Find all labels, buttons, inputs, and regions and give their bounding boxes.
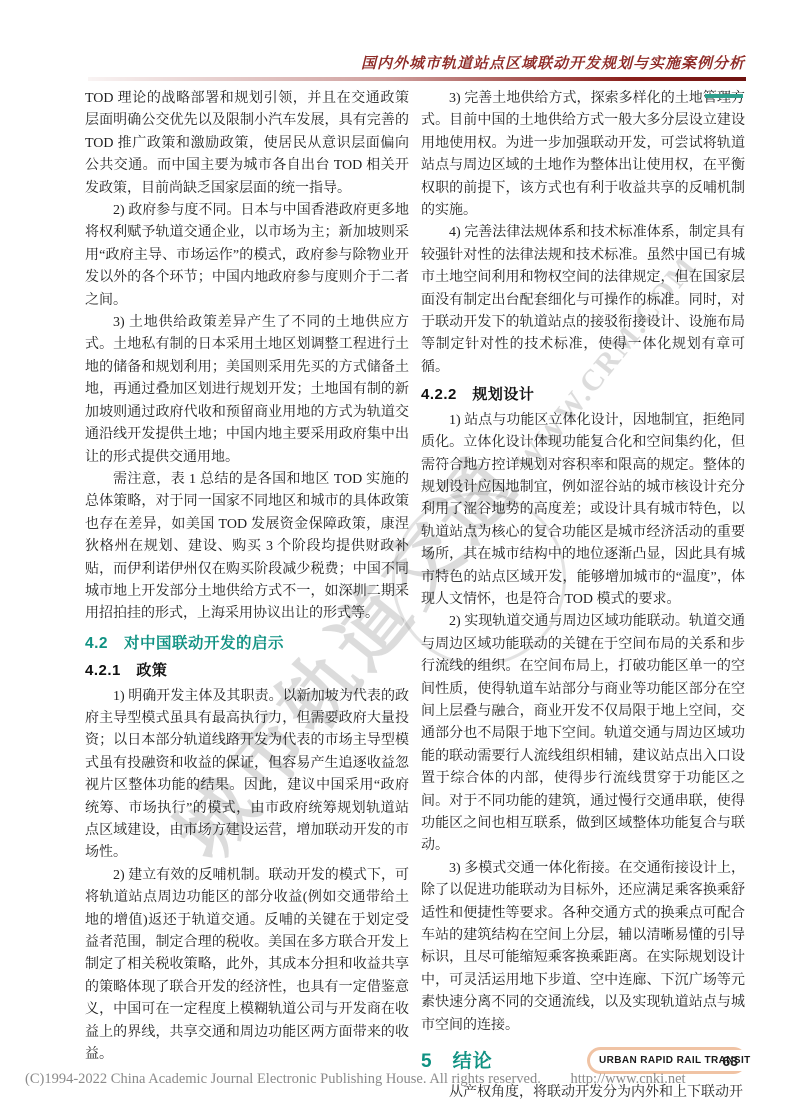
header-rule-line — [88, 77, 746, 81]
body-paragraph: 需注意，表 1 总结的是各国和地区 TOD 实施的总体策略，对于同一国家不同地区… — [85, 469, 409, 626]
copyright-text: (C)1994-2022 China Academic Journal Elec… — [25, 1071, 541, 1087]
header-accent-bar — [705, 94, 743, 98]
cnki-url: http://www.cnki.net — [571, 1071, 686, 1087]
subsection-heading-4-2-2: 4.2.2 规划设计 — [421, 384, 745, 406]
body-paragraph: 1) 站点与功能区立体化设计，因地制宜，拒绝同质化。立体化设计体现功能复合化和空… — [421, 410, 745, 612]
right-column: 3) 完善土地供给方式，探索多样化的土地管理方式。目前中国的土地供给方式一般大多… — [421, 88, 745, 1105]
page-number: 63 — [722, 1047, 738, 1074]
copyright-line: (C)1994-2022 China Academic Journal Elec… — [25, 1071, 686, 1088]
body-paragraph: TOD 理论的战略部署和规划引领，并且在交通政策层面明确公交优先以及限制小汽车发… — [85, 88, 409, 200]
body-paragraph: 2) 政府参与度不同。日本与中国香港政府更多地将权利赋予轨道交通企业，以市场为主… — [85, 200, 409, 312]
body-paragraph: 3) 完善土地供给方式，探索多样化的土地管理方式。目前中国的土地供给方式一般大多… — [421, 88, 745, 222]
body-paragraph: 1) 明确开发主体及其职责。以新加坡为代表的政府主导型模式虽具有最高执行力，但需… — [85, 686, 409, 865]
body-paragraph: 3) 多模式交通一体化衔接。在交通衔接设计上，除了以促进功能联动为目标外，还应满… — [421, 858, 745, 1037]
journal-page: 国内外城市轨道站点区域联动开发规划与实施案例分析 城市轨道交通WWW.CRM.C… — [0, 0, 800, 1116]
body-paragraph: 2) 建立有效的反哺机制。联动开发的模式下，可将轨道站点周边功能区的部分收益(例… — [85, 865, 409, 1067]
left-column: TOD 理论的战略部署和规划引领，并且在交通政策层面明确公交优先以及限制小汽车发… — [85, 88, 409, 1066]
running-title: 国内外城市轨道站点区域联动开发规划与实施案例分析 — [361, 52, 745, 73]
body-paragraph: 3) 土地供给政策差异产生了不同的土地供应方式。土地私有制的日本采用土地区划调整… — [85, 312, 409, 469]
body-paragraph: 2) 实现轨道交通与周边区域功能联动。轨道交通与周边区域功能联动的关键在于空间布… — [421, 611, 745, 857]
subsection-heading-4-2-1: 4.2.1 政策 — [85, 660, 409, 682]
journal-footer-badge: URBAN RAPID RAIL TRANSIT 63 — [587, 1047, 747, 1074]
section-heading-4-2: 4.2 对中国联动开发的启示 — [85, 633, 409, 655]
body-paragraph: 4) 完善法律法规体系和技术标准体系，制定具有较强针对性的法律法规和技术标准。虽… — [421, 222, 745, 379]
